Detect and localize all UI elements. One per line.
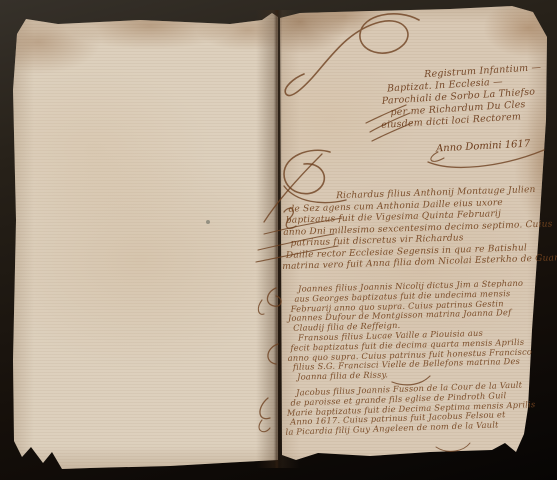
- register-heading: Registrum Infantium — Baptizat. In Eccle…: [378, 62, 545, 132]
- baptism-entry-1: Richardus filius Anthonij Montauge Julie…: [280, 184, 557, 273]
- baptism-entry-2: Joannes filius Joannis Nicolij dictus Ji…: [284, 279, 524, 334]
- paper-speck: [206, 220, 210, 224]
- baptism-entry-4: Jacobus filius Joannis Fusson de la Cour…: [280, 380, 536, 438]
- baptism-entry-3: Fransous filius Lucae Vaille a Piouisia …: [284, 328, 533, 383]
- scanned-manuscript: Registrum Infantium — Baptizat. In Eccle…: [0, 0, 557, 480]
